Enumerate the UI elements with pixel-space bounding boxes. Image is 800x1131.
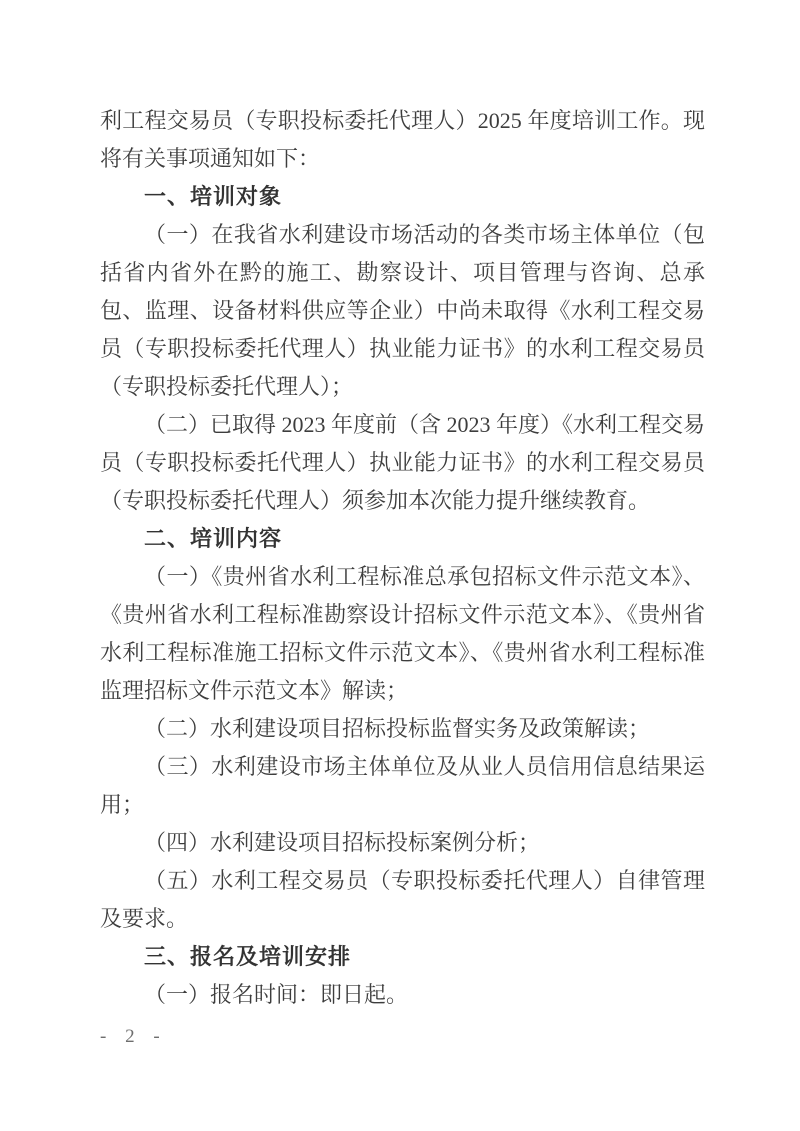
paragraph: 利工程交易员（专职投标委托代理人）2025 年度培训工作。现将有关事项通知如下： bbox=[100, 102, 705, 178]
section-heading: 三、报名及培训安排 bbox=[100, 938, 705, 976]
paragraph: （三）水利建设市场主体单位及从业人员信用信息结果运用； bbox=[100, 748, 705, 824]
document-body: 利工程交易员（专职投标委托代理人）2025 年度培训工作。现将有关事项通知如下：… bbox=[100, 102, 705, 1014]
paragraph: （一）《贵州省水利工程标准总承包招标文件示范文本》、《贵州省水利工程标准勘察设计… bbox=[100, 558, 705, 710]
paragraph: （二）已取得 2023 年度前（含 2023 年度）《水利工程交易员（专职投标委… bbox=[100, 406, 705, 520]
section-heading: 一、培训对象 bbox=[100, 178, 705, 216]
paragraph: （五）水利工程交易员（专职投标委托代理人）自律管理及要求。 bbox=[100, 862, 705, 938]
document-page: 利工程交易员（专职投标委托代理人）2025 年度培训工作。现将有关事项通知如下：… bbox=[0, 0, 800, 1131]
paragraph: （二）水利建设项目招标投标监督实务及政策解读； bbox=[100, 710, 705, 748]
paragraph: （四）水利建设项目招标投标案例分析； bbox=[100, 824, 705, 862]
paragraph: （一）报名时间：即日起。 bbox=[100, 976, 705, 1014]
paragraph: （一）在我省水利建设市场活动的各类市场主体单位（包括省内省外在黔的施工、勘察设计… bbox=[100, 216, 705, 406]
page-number: - 2 - bbox=[100, 1026, 167, 1048]
section-heading: 二、培训内容 bbox=[100, 520, 705, 558]
